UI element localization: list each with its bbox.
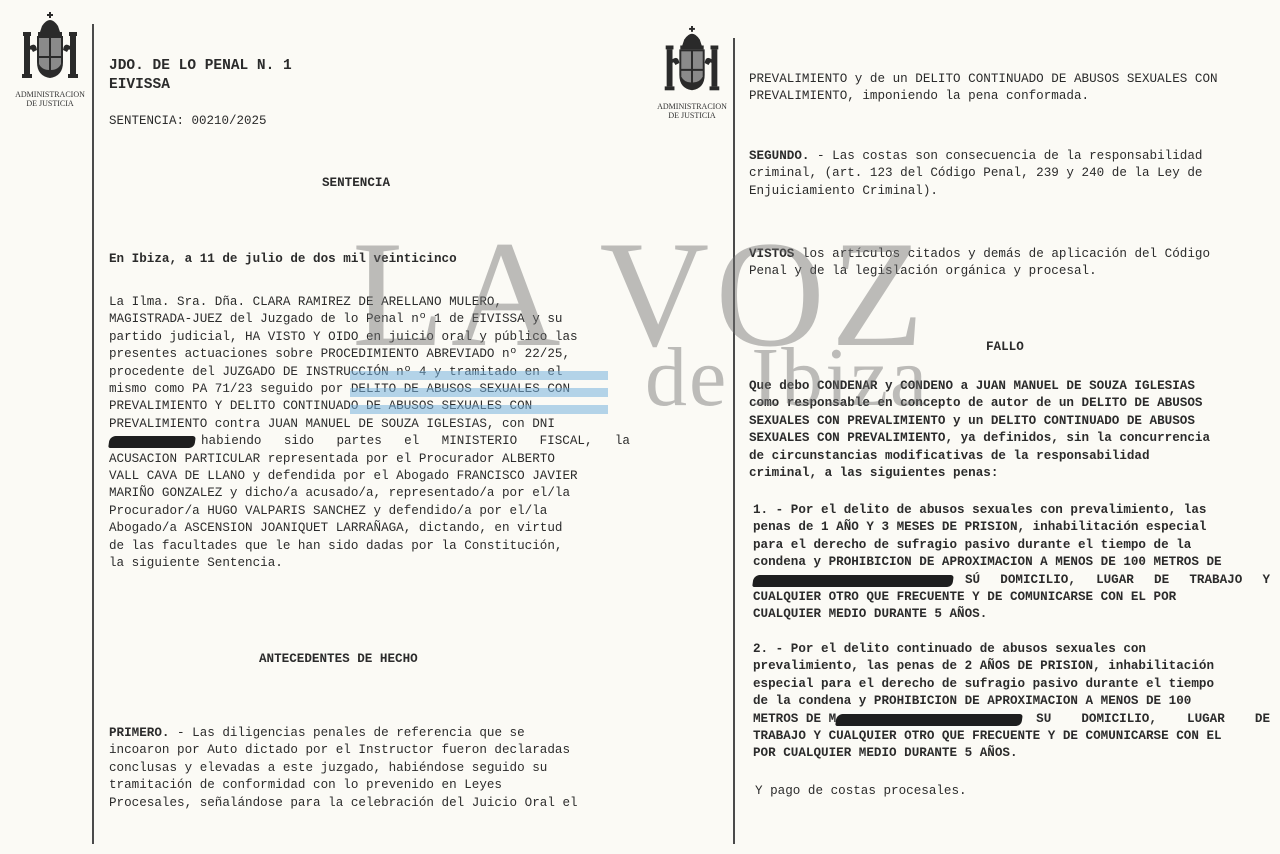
intro-line: MARIÑO GONZALEZ y dicho/a acusado/a, rep… [109, 485, 630, 502]
intro-line-text: presentes actuaciones sobre PROCEDIMIENT… [109, 347, 570, 361]
intro-line: ACUSACION PARTICULAR representada por el… [109, 451, 630, 468]
redaction-mark [108, 436, 196, 448]
fallo-line: criminal, a las siguientes penas: [749, 465, 1270, 482]
highlight-mark [350, 388, 608, 397]
pena-1-line: penas de 1 AÑO Y 3 MESES DE PRISION, inh… [753, 519, 1270, 536]
pena-1-paragraph: 1. - Por el delito de abusos sexuales co… [753, 502, 1270, 624]
fallo-line: SEXUALES CON PREVALIMIENTO y un DELITO C… [749, 413, 1270, 430]
redaction-mark [752, 575, 954, 587]
intro-line: la siguiente Sentencia. [109, 555, 630, 572]
highlight-mark [350, 371, 608, 380]
logo-line-1: ADMINISTRACION [650, 102, 734, 111]
fallo-paragraph: Que debo CONDENAR y CONDENO a JUAN MANUE… [749, 378, 1270, 482]
vistos-text: los artículos citados y demás de aplicac… [794, 247, 1210, 261]
sentence-number: SENTENCIA: 00210/2025 [109, 113, 267, 130]
pena-1-line-redacted: SÚ DOMICILIO, LUGAR DE TRABAJO Y [753, 572, 1270, 589]
logo-line-1: ADMINISTRACION [8, 90, 92, 99]
pena-1-line: condena y PROHIBICION DE APROXIMACION A … [753, 554, 1270, 571]
primero-text: - Las diligencias penales de referencia … [169, 726, 524, 740]
pena-2-line: POR CUALQUIER MEDIO DURANTE 5 AÑOS. [753, 745, 1270, 762]
continuation-paragraph: PREVALIMIENTO y de un DELITO CONTINUADO … [749, 71, 1218, 106]
fallo-line: SEXUALES CON PREVALIMIENTO, ya definidos… [749, 430, 1270, 447]
intro-line: VALL CAVA DE LLANO y defendida por el Ab… [109, 468, 630, 485]
primero-line: incoaron por Auto dictado por el Instruc… [109, 742, 630, 759]
segundo-line: Enjuiciamiento Criminal). [749, 183, 1270, 200]
pena-2-line: TRABAJO Y CUALQUIER OTRO QUE FRECUENTE Y… [753, 728, 1270, 745]
pena-2-line: especial para el derecho de sufragio pas… [753, 676, 1270, 693]
closing-line: Y pago de costas procesales. [755, 783, 967, 800]
document-page-left: ADMINISTRACION DE JUSTICIA JDO. DE LO PE… [0, 0, 640, 854]
section-title-fallo: FALLO [986, 339, 1024, 356]
intro-line: Procurador/a HUGO VALPARIS SANCHEZ y def… [109, 503, 630, 520]
vistos-label: VISTOS [749, 247, 794, 261]
intro-line-redacted: habiendo sido partes el MINISTERIO FISCA… [109, 433, 630, 450]
primero-paragraph: PRIMERO. - Las diligencias penales de re… [109, 725, 630, 812]
pena-2-line: de la condena y PROHIBICION DE APROXIMAC… [753, 693, 1270, 710]
pena-2-line-redacted: METROS DE M SU DOMICILIO, LUGAR DE [753, 711, 1270, 728]
intro-paragraph: La Ilma. Sra. Dña. CLARA RAMIREZ DE AREL… [109, 294, 630, 573]
fallo-line: como responsable en concepto de autor de… [749, 395, 1270, 412]
pena-2-text: SU DOMICILIO, LUGAR DE [1036, 711, 1270, 728]
segundo-label: SEGUNDO. [749, 149, 809, 163]
margin-rule [92, 24, 94, 844]
primero-label: PRIMERO. [109, 726, 169, 740]
pena-2-text: METROS DE M [753, 711, 836, 728]
vistos-paragraph: VISTOS los artículos citados y demás de … [749, 246, 1270, 281]
document-page-right: ADMINISTRACION DE JUSTICIA PREVALIMIENTO… [640, 0, 1280, 854]
pena-1-text: SÚ DOMICILIO, LUGAR DE TRABAJO Y [965, 572, 1270, 589]
pena-2-line: 2. - Por el delito continuado de abusos … [753, 641, 1270, 658]
margin-rule [733, 38, 735, 844]
pena-1-line: 1. - Por el delito de abusos sexuales co… [753, 502, 1270, 519]
continuation-line: PREVALIMIENTO, imponiendo la pena confor… [749, 88, 1218, 105]
primero-line: PRIMERO. - Las diligencias penales de re… [109, 725, 630, 742]
fallo-line: de circunstancias modificativas de la re… [749, 448, 1270, 465]
court-logo: ADMINISTRACION DE JUSTICIA [650, 26, 734, 120]
vistos-line: VISTOS los artículos citados y demás de … [749, 246, 1270, 263]
primero-line: conclusas y elevadas a este juzgado, hab… [109, 760, 630, 777]
segundo-line: SEGUNDO. - Las costas son consecuencia d… [749, 148, 1270, 165]
court-name: JDO. DE LO PENAL N. 1 [109, 57, 292, 76]
coat-of-arms-icon [662, 26, 722, 102]
intro-line: MAGISTRADA-JUEZ del Juzgado de lo Penal … [109, 311, 630, 328]
highlight-mark [350, 405, 608, 414]
pena-2-paragraph: 2. - Por el delito continuado de abusos … [753, 641, 1270, 763]
intro-line: presentes actuaciones sobre PROCEDIMIENT… [109, 346, 630, 363]
segundo-line: criminal, (art. 123 del Código Penal, 23… [749, 165, 1270, 182]
coat-of-arms-icon [20, 12, 80, 90]
section-title-antecedentes: ANTECEDENTES DE HECHO [259, 651, 418, 668]
court-logo: ADMINISTRACION DE JUSTICIA [8, 12, 92, 108]
date-line: En Ibiza, a 11 de julio de dos mil veint… [109, 251, 457, 268]
document-title: SENTENCIA [322, 175, 390, 192]
segundo-text: - Las costas son consecuencia de la resp… [809, 149, 1202, 163]
intro-line: de las facultades que le han sido dadas … [109, 538, 630, 555]
intro-line: La Ilma. Sra. Dña. CLARA RAMIREZ DE AREL… [109, 294, 630, 311]
primero-line: tramitación de conformidad con lo preven… [109, 777, 630, 794]
pena-1-line: CUALQUIER OTRO QUE FRECUENTE Y DE COMUNI… [753, 589, 1270, 606]
intro-line-text: habiendo sido partes el MINISTERIO FISCA… [201, 433, 630, 450]
primero-line: Procesales, señalándose para la celebrac… [109, 795, 630, 812]
pena-2-line: prevalimiento, las penas de 2 AÑOS DE PR… [753, 658, 1270, 675]
logo-line-2: DE JUSTICIA [8, 99, 92, 108]
redaction-mark [835, 714, 1023, 726]
fallo-line: Que debo CONDENAR y CONDENO a JUAN MANUE… [749, 378, 1270, 395]
pena-1-line: CUALQUIER MEDIO DURANTE 5 AÑOS. [753, 606, 1270, 623]
intro-line: Abogado/a ASCENSION JOANIQUET LARRAÑAGA,… [109, 520, 630, 537]
intro-line: PREVALIMIENTO contra JUAN MANUEL DE SOUZ… [109, 416, 630, 433]
vistos-line: Penal y de la legislación orgánica y pro… [749, 263, 1270, 280]
continuation-line: PREVALIMIENTO y de un DELITO CONTINUADO … [749, 71, 1218, 88]
intro-line: partido judicial, HA VISTO Y OIDO en jui… [109, 329, 630, 346]
logo-line-2: DE JUSTICIA [650, 111, 734, 120]
segundo-paragraph: SEGUNDO. - Las costas son consecuencia d… [749, 148, 1270, 200]
pena-1-line: para el derecho de sufragio pasivo duran… [753, 537, 1270, 554]
court-city: EIVISSA [109, 76, 170, 95]
